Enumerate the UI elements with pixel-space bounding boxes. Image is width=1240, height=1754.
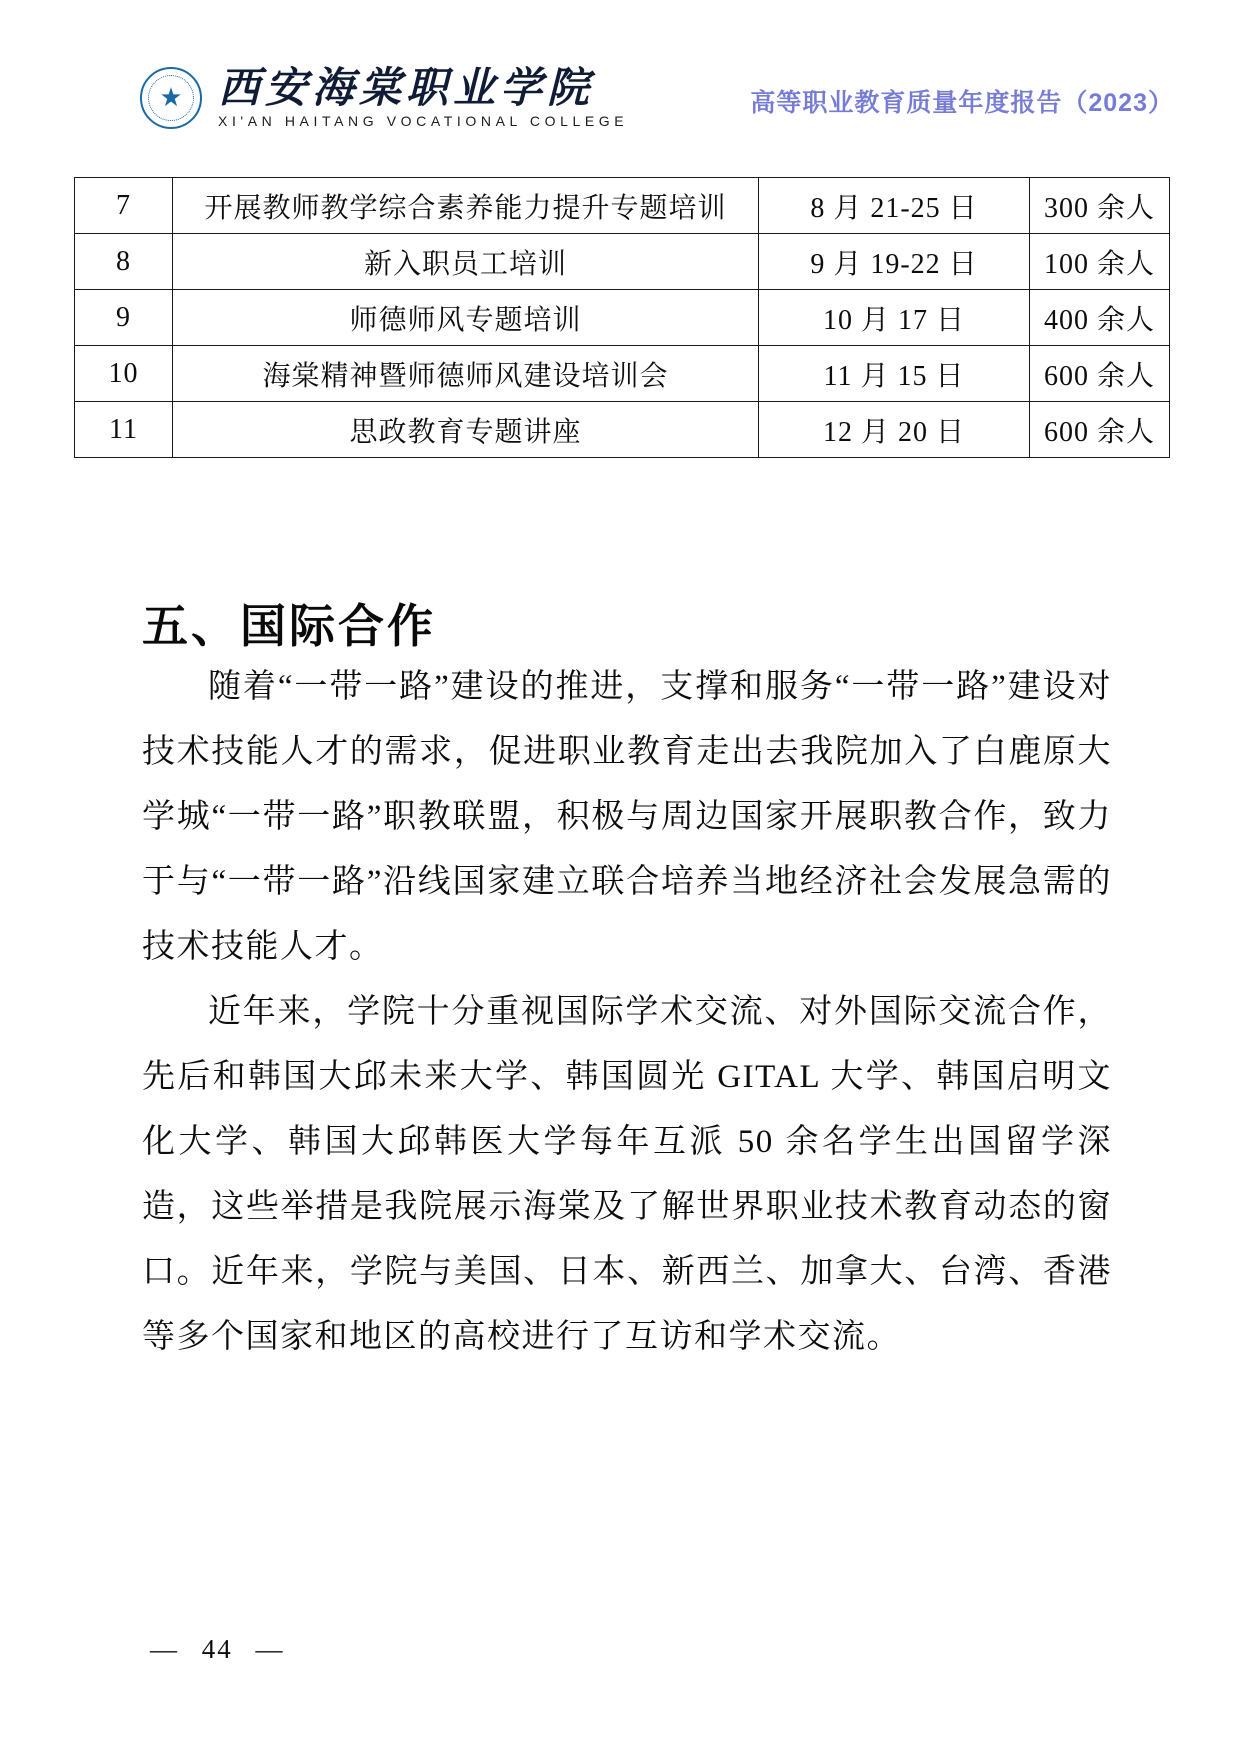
row-number-cell: 11 [75, 402, 173, 458]
row-number-cell: 10 [75, 346, 173, 402]
date-cell: 10 月 17 日 [759, 290, 1030, 346]
college-seal-icon [140, 67, 202, 129]
college-name-en: XI'AN HAITANG VOCATIONAL COLLEGE [218, 113, 628, 129]
table-row: 11 思政教育专题讲座 12 月 20 日 600 余人 [75, 402, 1170, 458]
report-title: 高等职业教育质量年度报告（2023） [750, 83, 1174, 119]
table-row: 7 开展教师教学综合素养能力提升专题培训 8 月 21-25 日 300 余人 [75, 178, 1170, 234]
date-cell: 9 月 19-22 日 [759, 234, 1030, 290]
section-heading-international-cooperation: 五、国际合作 [142, 590, 436, 656]
count-cell: 100 余人 [1030, 234, 1170, 290]
college-brand: 西安海棠职业学院 XI'AN HAITANG VOCATIONAL COLLEG… [140, 66, 628, 129]
activity-cell: 新入职员工培训 [173, 234, 759, 290]
college-name-block: 西安海棠职业学院 XI'AN HAITANG VOCATIONAL COLLEG… [218, 66, 628, 129]
college-name-zh: 西安海棠职业学院 [218, 66, 628, 110]
date-cell: 12 月 20 日 [759, 402, 1030, 458]
activity-cell: 开展教师教学综合素养能力提升专题培训 [173, 178, 759, 234]
row-number-cell: 7 [75, 178, 173, 234]
count-cell: 300 余人 [1030, 178, 1170, 234]
page-header: 西安海棠职业学院 XI'AN HAITANG VOCATIONAL COLLEG… [140, 66, 1174, 129]
row-number-cell: 8 [75, 234, 173, 290]
table-row: 10 海棠精神暨师德师风建设培训会 11 月 15 日 600 余人 [75, 346, 1170, 402]
row-number-cell: 9 [75, 290, 173, 346]
count-cell: 600 余人 [1030, 402, 1170, 458]
section-body: 随着“一带一路”建设的推进，支撑和服务“一带一路”建设对技术技能人才的需求，促进… [142, 655, 1112, 1370]
paragraph: 近年来，学院十分重视国际学术交流、对外国际交流合作，先后和韩国大邱未来大学、韩国… [142, 980, 1112, 1370]
activity-cell: 海棠精神暨师德师风建设培训会 [173, 346, 759, 402]
table-row: 8 新入职员工培训 9 月 19-22 日 100 余人 [75, 234, 1170, 290]
seal-inner-ring [148, 75, 194, 121]
count-cell: 600 余人 [1030, 346, 1170, 402]
activity-cell: 思政教育专题讲座 [173, 402, 759, 458]
count-cell: 400 余人 [1030, 290, 1170, 346]
training-activities-table: 7 开展教师教学综合素养能力提升专题培训 8 月 21-25 日 300 余人 … [74, 177, 1170, 458]
activity-cell: 师德师风专题培训 [173, 290, 759, 346]
date-cell: 8 月 21-25 日 [759, 178, 1030, 234]
paragraph: 随着“一带一路”建设的推进，支撑和服务“一带一路”建设对技术技能人才的需求，促进… [142, 655, 1112, 980]
table-row: 9 师德师风专题培训 10 月 17 日 400 余人 [75, 290, 1170, 346]
page-number: — 44 — [150, 1634, 285, 1665]
date-cell: 11 月 15 日 [759, 346, 1030, 402]
